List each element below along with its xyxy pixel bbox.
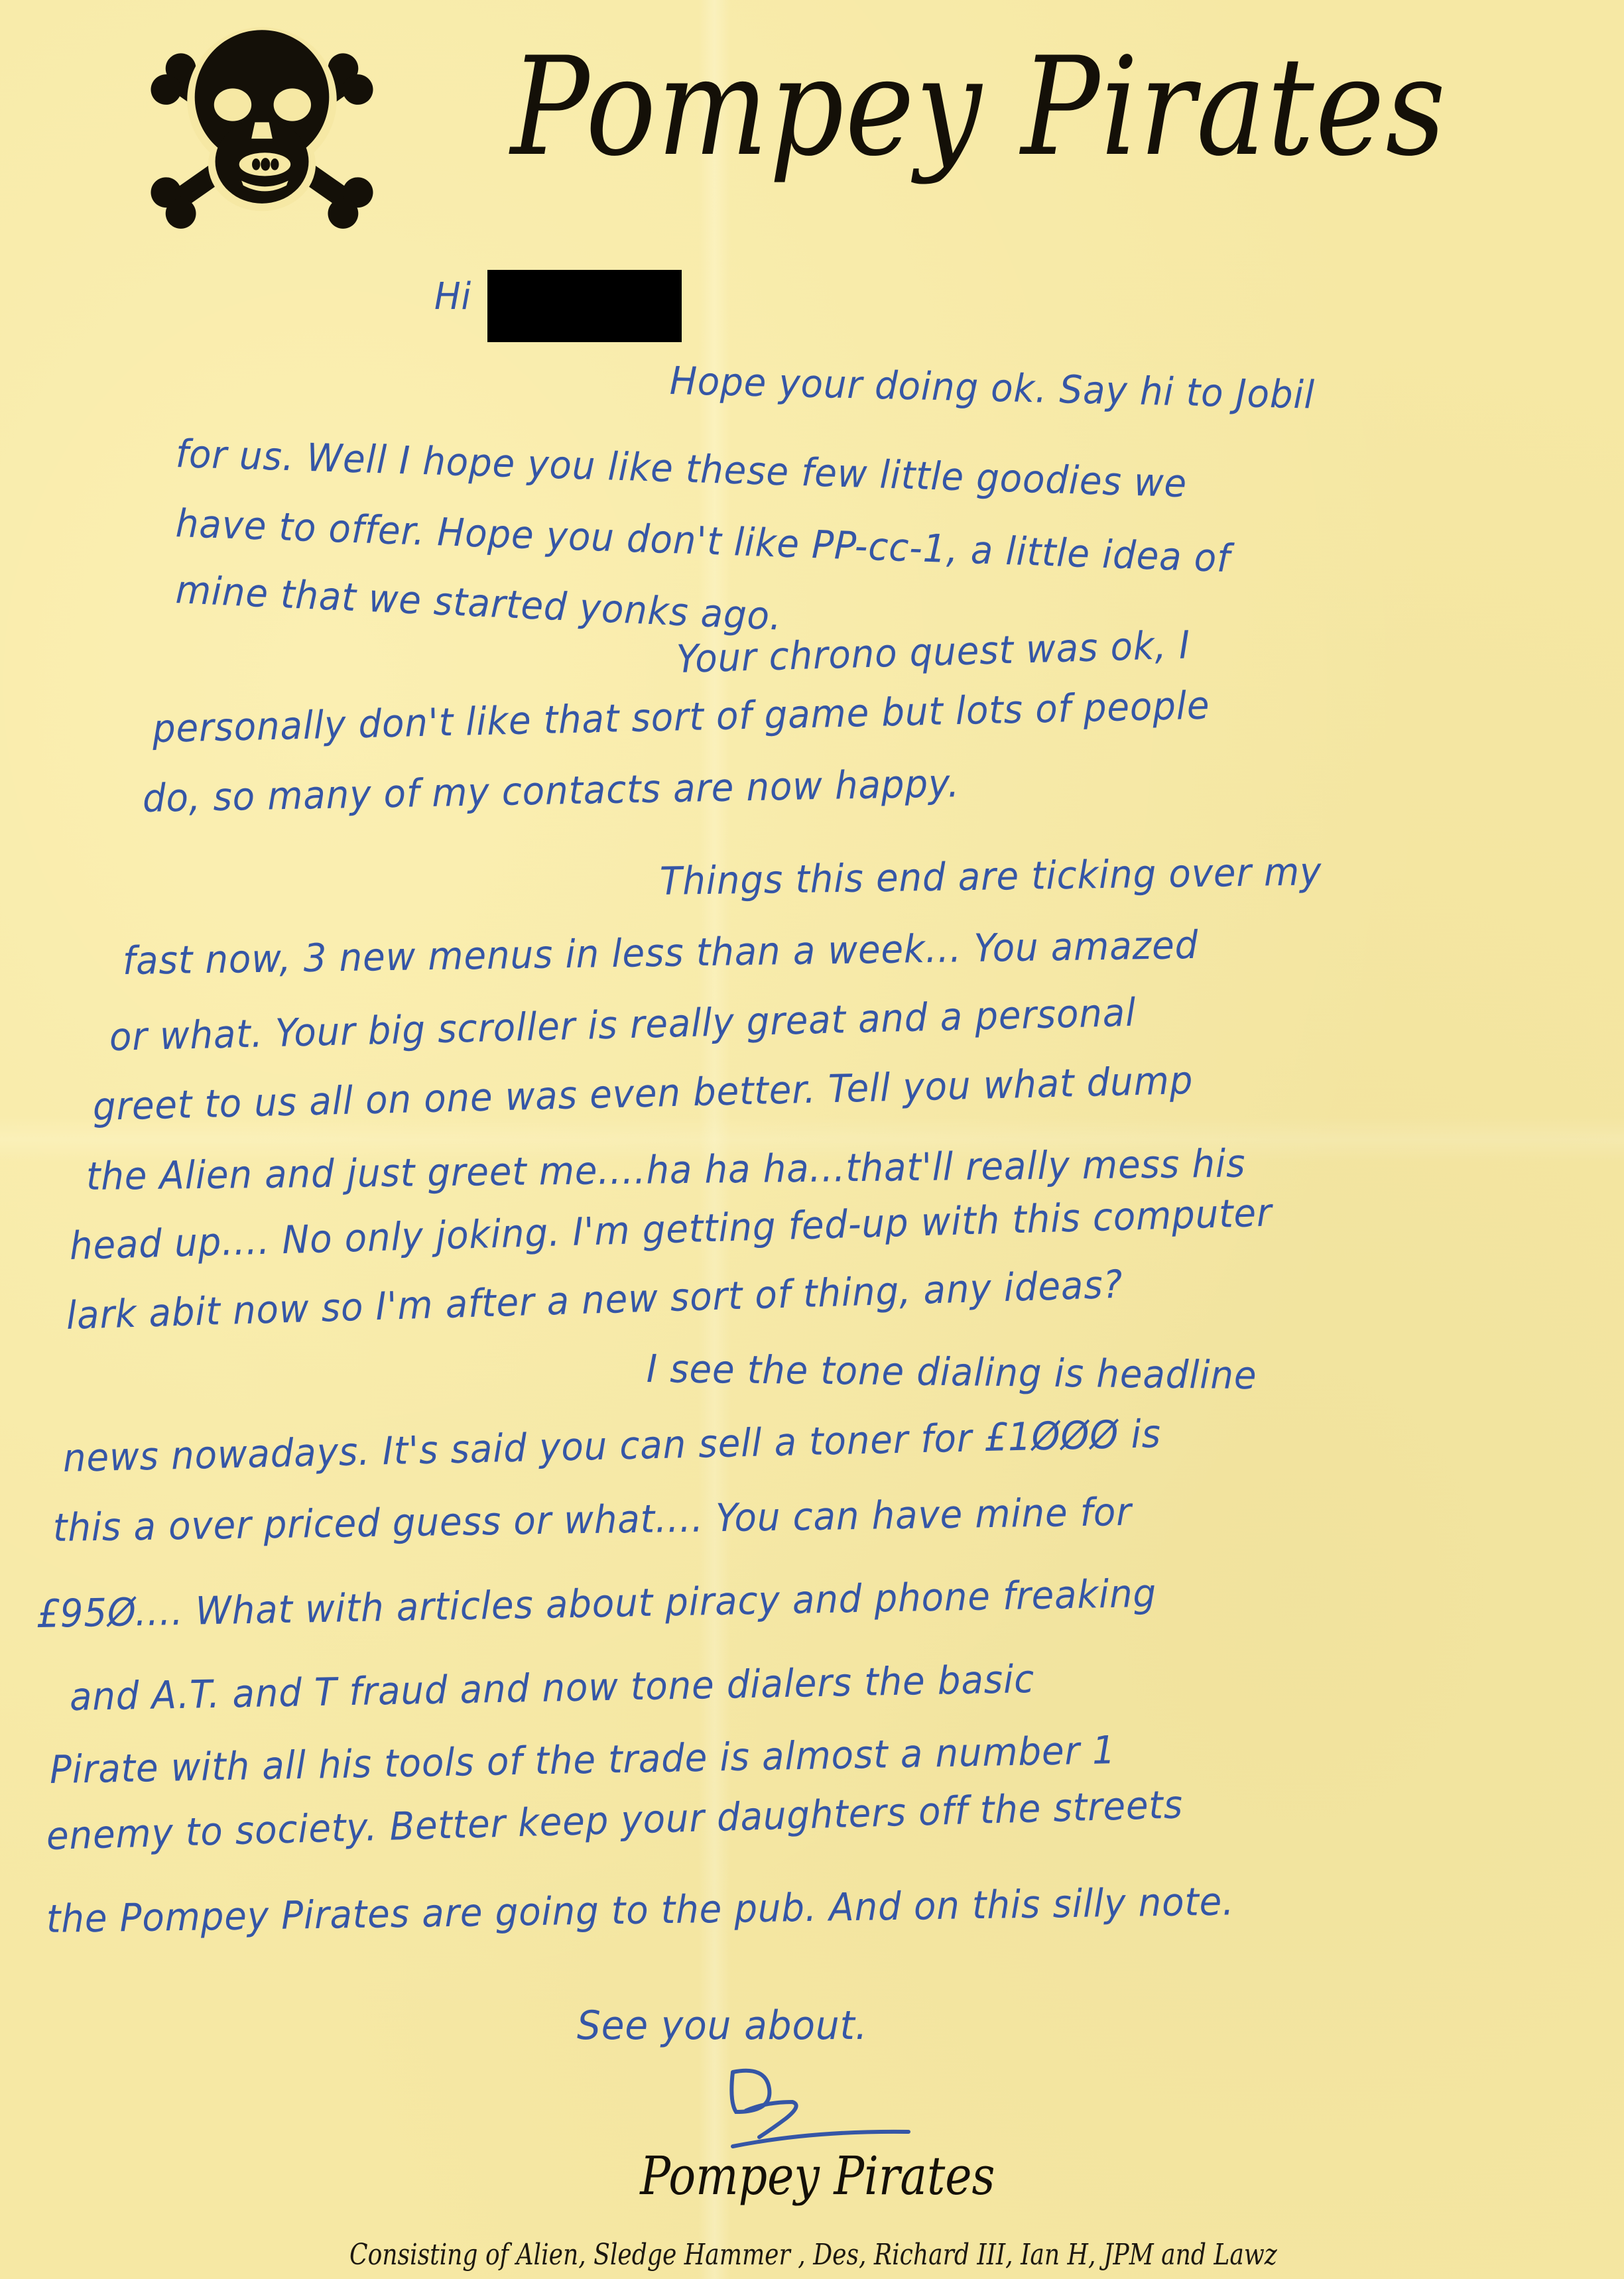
letter-line: £95Ø.... What with articles about piracy… — [36, 1574, 1157, 1633]
greeting: Hi — [434, 278, 471, 316]
letter-line: or what. Your big scroller is really gre… — [109, 993, 1136, 1056]
letter-line: for us. Well I hope you like these few l… — [175, 434, 1188, 503]
letter-line: lark abit now so I'm after a new sort of… — [66, 1265, 1123, 1335]
letter-line: and A.T. and T fraud and now tone dialer… — [70, 1660, 1035, 1716]
letter-line: this a over priced guess or what.... You… — [53, 1493, 1132, 1547]
footer-members: Consisting of Alien, Sledge Hammer , Des… — [147, 2238, 1479, 2272]
letter-line: mine that we started yonks ago. — [175, 570, 782, 636]
letter-line: fast now, 3 new menus in less than a wee… — [123, 926, 1199, 980]
letter-line: the Alien and just greet me....ha ha ha.… — [86, 1144, 1246, 1196]
letter-line: personally don't like that sort of game … — [152, 686, 1210, 748]
letter-line: greet to us all on one was even better. … — [92, 1061, 1193, 1126]
letter-line: have to offer. Hope you don't like PP-cc… — [175, 504, 1231, 578]
letter-line: head up.... No only joking. I'm getting … — [69, 1193, 1273, 1264]
letter-line: do, so many of my contacts are now happy… — [143, 764, 960, 818]
footer-title: Pompey Pirates — [127, 2145, 1508, 2207]
letterhead-title: Pompey Pirates — [511, 40, 1447, 176]
letter-line: news nowadays. It's said you can sell a … — [62, 1414, 1161, 1477]
letter-line: Things this end are ticking over my — [660, 852, 1322, 900]
letter-line: Pirate with all his tools of the trade i… — [50, 1731, 1117, 1789]
letter-line: Hope your doing ok. Say hi to Jobil — [669, 361, 1315, 414]
signoff: See you about. — [577, 2006, 868, 2046]
signature-mark — [719, 2065, 918, 2152]
letter-line: the Pompey Pirates are going to the pub.… — [46, 1882, 1235, 1938]
redacted-recipient-name — [487, 270, 682, 342]
skull-and-crossbones-icon — [139, 13, 385, 245]
letter-line: I see the tone dialing is headline — [647, 1349, 1257, 1394]
letter-line: enemy to society. Better keep your daugh… — [46, 1785, 1183, 1855]
